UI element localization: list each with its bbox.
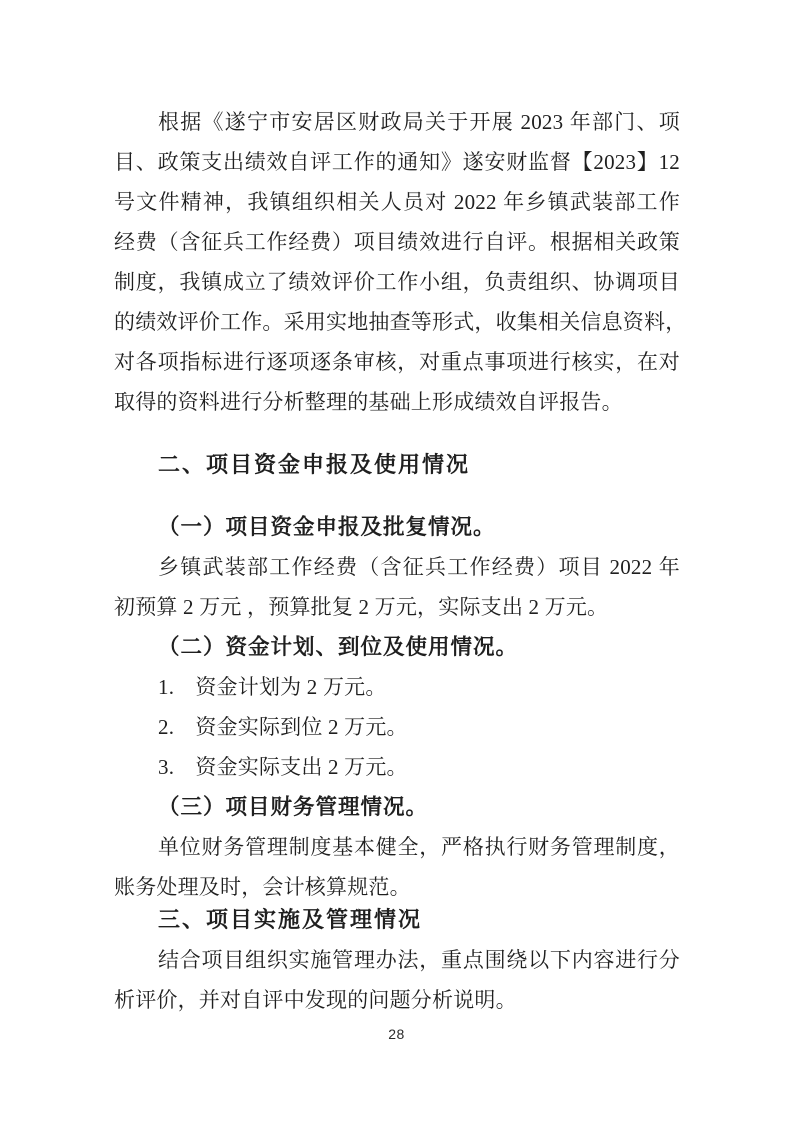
fund-plan-item: 1. 资金计划为 2 万元。 <box>114 667 680 707</box>
declaration-paragraph: 乡镇武装部工作经费（含征兵工作经费）项目 2022 年 初预算 2 万元 ，预算… <box>114 547 680 627</box>
implementation-line: 结合项目组织实施管理办法，重点围绕以下内容进行分 <box>114 940 680 980</box>
intro-line: 的绩效评价工作。采用实地抽查等形式，收集相关信息资料， <box>114 302 680 342</box>
section-heading-funds: 二、项目资金申报及使用情况 <box>114 445 680 485</box>
subsection-heading-declaration: （一）项目资金申报及批复情况。 <box>114 507 680 547</box>
intro-line: 号文件精神，我镇组织相关人员对 2022 年乡镇武装部工作 <box>114 182 680 222</box>
intro-line: 目、政策支出绩效自评工作的通知》遂安财监督【2023】12 <box>114 142 680 182</box>
declaration-line: 初预算 2 万元 ，预算批复 2 万元，实际支出 2 万元。 <box>114 587 680 627</box>
intro-line: 经费（含征兵工作经费）项目绩效进行自评。根据相关政策 <box>114 222 680 262</box>
implementation-line: 析评价，并对自评中发现的问题分析说明。 <box>114 980 680 1020</box>
declaration-line: 乡镇武装部工作经费（含征兵工作经费）项目 2022 年 <box>114 547 680 587</box>
implementation-paragraph: 结合项目组织实施管理办法，重点围绕以下内容进行分 析评价，并对自评中发现的问题分… <box>114 940 680 1020</box>
intro-line: 制度，我镇成立了绩效评价工作小组，负责组织、协调项目 <box>114 262 680 302</box>
finance-mgmt-paragraph: 单位财务管理制度基本健全，严格执行财务管理制度， 账务处理及时，会计核算规范。 <box>114 827 680 907</box>
fund-plan-item: 3. 资金实际支出 2 万元。 <box>114 747 680 787</box>
finance-mgmt-line: 单位财务管理制度基本健全，严格执行财务管理制度， <box>114 827 680 867</box>
section-heading-implementation: 三、项目实施及管理情况 <box>114 900 680 940</box>
page-number: 28 <box>0 1026 793 1042</box>
subsection-heading-finance-mgmt: （三）项目财务管理情况。 <box>114 787 680 827</box>
intro-line: 对各项指标进行逐项逐条审核，对重点事项进行核实，在对 <box>114 342 680 382</box>
fund-plan-item: 2. 资金实际到位 2 万元。 <box>114 707 680 747</box>
document-page: 根据《遂宁市安居区财政局关于开展 2023 年部门、项 目、政策支出绩效自评工作… <box>0 0 793 1122</box>
intro-paragraph: 根据《遂宁市安居区财政局关于开展 2023 年部门、项 目、政策支出绩效自评工作… <box>114 102 680 422</box>
intro-line: 取得的资料进行分析整理的基础上形成绩效自评报告。 <box>114 382 680 422</box>
intro-line: 根据《遂宁市安居区财政局关于开展 2023 年部门、项 <box>114 102 680 142</box>
subsection-heading-fund-plan: （二）资金计划、到位及使用情况。 <box>114 627 680 667</box>
